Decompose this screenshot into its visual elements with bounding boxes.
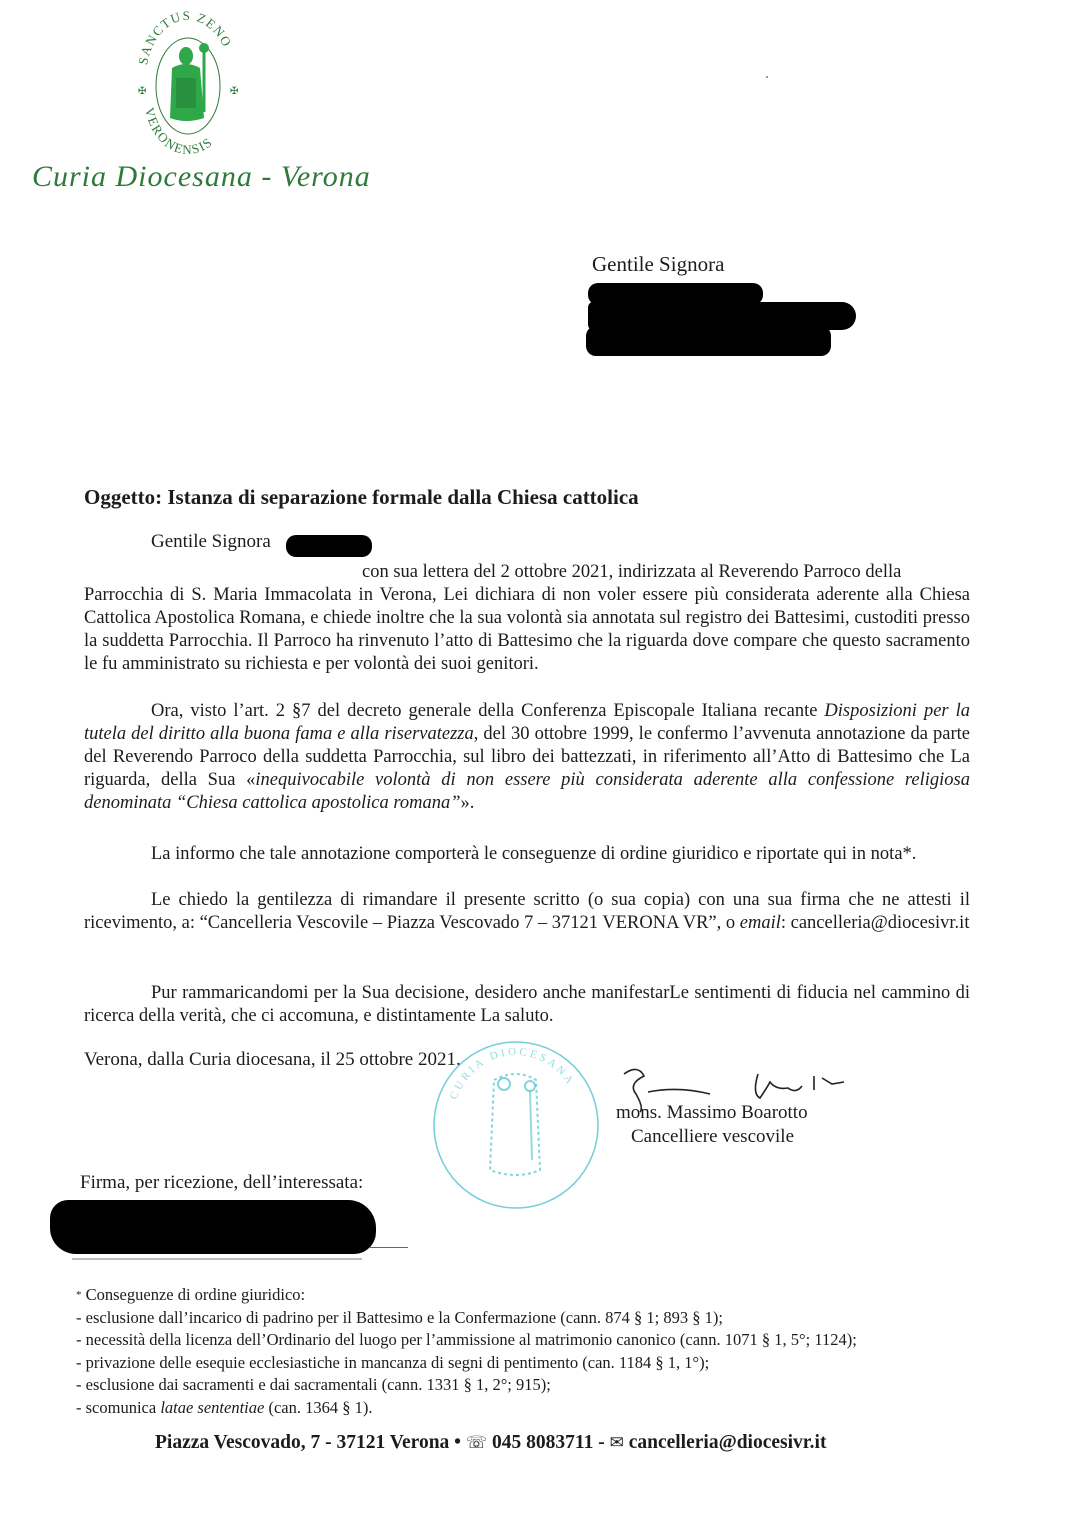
phone-icon: ☏ [466, 1433, 487, 1452]
asterisk: * [76, 1289, 82, 1301]
footnote-title: * Conseguenze di ordine giuridico: [76, 1284, 857, 1307]
svg-text:✠: ✠ [230, 86, 238, 97]
addressee-greeting: Gentile Signora [592, 252, 724, 277]
paragraph-request-text: Parrocchia di S. Maria Immacolata in Ver… [84, 585, 970, 674]
email-icon: ✉ [610, 1433, 624, 1452]
footer-address: Piazza Vescovado, 7 - 37121 Verona • [155, 1432, 461, 1453]
signer-role: Cancelliere vescovile [631, 1126, 794, 1148]
paragraph-confirmation: Ora, visto l’art. 2 §7 del decreto gener… [84, 700, 970, 815]
paragraph-consequences: La informo che tale annotazione comporte… [84, 843, 970, 866]
text: latae sententiae [160, 1398, 264, 1417]
salutation: Gentile Signora [151, 531, 271, 553]
paragraph-request-first-line: con sua lettera del 2 ottobre 2021, indi… [84, 561, 970, 584]
footnote-item: - privazione delle esequie ecclesiastich… [76, 1352, 857, 1375]
letter-subject: Oggetto: Istanza di separazione formale … [84, 485, 639, 510]
footer-phone: 045 8083711 - [492, 1432, 605, 1453]
footnote-title-text: Conseguenze di ordine giuridico: [86, 1285, 306, 1304]
text: - scomunica [76, 1398, 160, 1417]
redacted-signature [50, 1200, 376, 1254]
receipt-signature-label: Firma, per ricezione, dell’interessata: [80, 1172, 363, 1194]
text: (can. 1364 § 1). [264, 1398, 372, 1417]
letter-footer: Piazza Vescovado, 7 - 37121 Verona • ☏ 0… [155, 1432, 826, 1454]
diocese-seal-logo: SANCTUS ZENO VERONENSIS ✠ ✠ [132, 8, 244, 158]
email-text: : cancelleria@diocesivr.it [781, 913, 970, 933]
footnote-item: - esclusione dai sacramenti e dai sacram… [76, 1374, 857, 1397]
paragraph-return-request: Le chiedo la gentilezza di rimandare il … [84, 889, 970, 935]
diocese-name: Curia Diocesana - Verona [32, 160, 371, 194]
footnote-item: - esclusione dall’incarico di padrino pe… [76, 1307, 857, 1330]
redacted-address-block [586, 326, 831, 356]
footnote: * Conseguenze di ordine giuridico: - esc… [76, 1284, 857, 1419]
signer-name: mons. Massimo Boarotto [616, 1102, 808, 1124]
scan-speck [766, 76, 768, 78]
footer-email: cancelleria@diocesivr.it [629, 1432, 827, 1453]
text: email [740, 913, 781, 933]
official-stamp: CURIA DIOCESANA [432, 1040, 600, 1210]
paragraph-closing: Pur rammaricandomi per la Sua decisione,… [84, 982, 970, 1028]
footnote-item: - necessità della licenza dell’Ordinario… [76, 1329, 857, 1352]
paragraph-request: con sua lettera del 2 ottobre 2021, indi… [84, 561, 970, 676]
date-line: Verona, dalla Curia diocesana, il 25 ott… [84, 1049, 461, 1071]
footnote-item: - scomunica latae sententiae (can. 1364 … [76, 1397, 857, 1420]
footnote-separator [72, 1258, 362, 1260]
text: ». [461, 793, 475, 813]
signature-line [370, 1247, 408, 1248]
text: Ora, visto l’art. 2 §7 del decreto gener… [151, 701, 824, 721]
redacted-name [286, 535, 372, 557]
svg-text:✠: ✠ [138, 86, 146, 97]
